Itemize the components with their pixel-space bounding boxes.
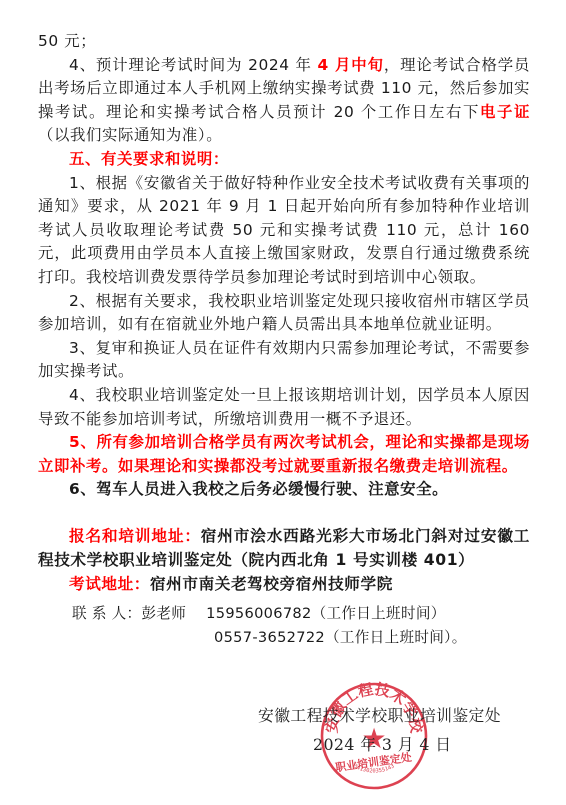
contact-line-1: 联 系 人：彭老师15956006782（工作日上班时间） [72, 602, 446, 623]
signing-date: 2024 年 3 月 4 日 [313, 732, 451, 755]
contact-line-2: 0557-3652722（工作日上班时间）。 [214, 626, 467, 647]
continuation-line: 50 元； [38, 30, 530, 54]
registration-address-label: 报名和培训地址： [69, 527, 201, 545]
requirement-item-3: 3、复审和换证人员在证件有效期内只需参加理论考试，不需要参加实操考试。 [38, 337, 530, 384]
document-body: 50 元； 4、预计理论考试时间为 2024 年 4 月中旬，理论考试合格学员出… [38, 30, 530, 596]
exam-address: 考试地址：宿州市南关老驾校旁宿州技师学院 [38, 573, 530, 597]
exam-date-highlight: 4 月中旬 [318, 56, 384, 74]
spacer [38, 502, 530, 526]
requirement-item-2: 2、根据有关要求，我校职业培训鉴定处现只接收宿州市辖区学员参加培训，如有在宿就业… [38, 290, 530, 337]
exam-address-value: 宿州市南关老驾校旁宿州技师学院 [150, 575, 393, 593]
contact-label: 联 系 人： [72, 605, 141, 622]
contact-phone-landline: 0557-3652722（工作日上班时间）。 [214, 629, 467, 646]
exam-schedule-item: 4、预计理论考试时间为 2024 年 4 月中旬，理论考试合格学员出考场后立即通… [38, 54, 530, 148]
requirement-item-6: 6、驾车人员进入我校之后务必缓慢行驶、注意安全。 [38, 478, 530, 502]
section-heading: 五、有关要求和说明： [38, 148, 530, 172]
exam-address-label: 考试地址： [69, 575, 150, 593]
requirement-item-5: 5、所有参加培训合格学员有两次考试机会，理论和实操都是现场立即补考。如果理论和实… [38, 431, 530, 478]
signing-organization: 安徽工程技术学校职业培训鉴定处 [258, 703, 501, 726]
contact-phone-mobile: 15956006782（工作日上班时间） [206, 605, 445, 622]
exam-schedule-suffix: （以我们实际通知为准）。 [38, 126, 222, 144]
requirement-item-4: 4、我校职业培训鉴定处一旦上报该期培训计划，因学员本人原因导致不能参加培训考试，… [38, 384, 530, 431]
registration-address: 报名和培训地址：宿州市浍水西路光彩大市场北门斜对过安徽工程技术学校职业培训鉴定处… [38, 525, 530, 572]
e-certificate-highlight: 电子证 [480, 103, 530, 121]
exam-schedule-prefix: 4、预计理论考试时间为 2024 年 [69, 56, 318, 74]
contact-name: 彭老师 [141, 605, 186, 622]
requirement-item-1: 1、根据《安徽省关于做好特种作业安全技术考试收费有关事项的通知》要求，从 202… [38, 172, 530, 290]
